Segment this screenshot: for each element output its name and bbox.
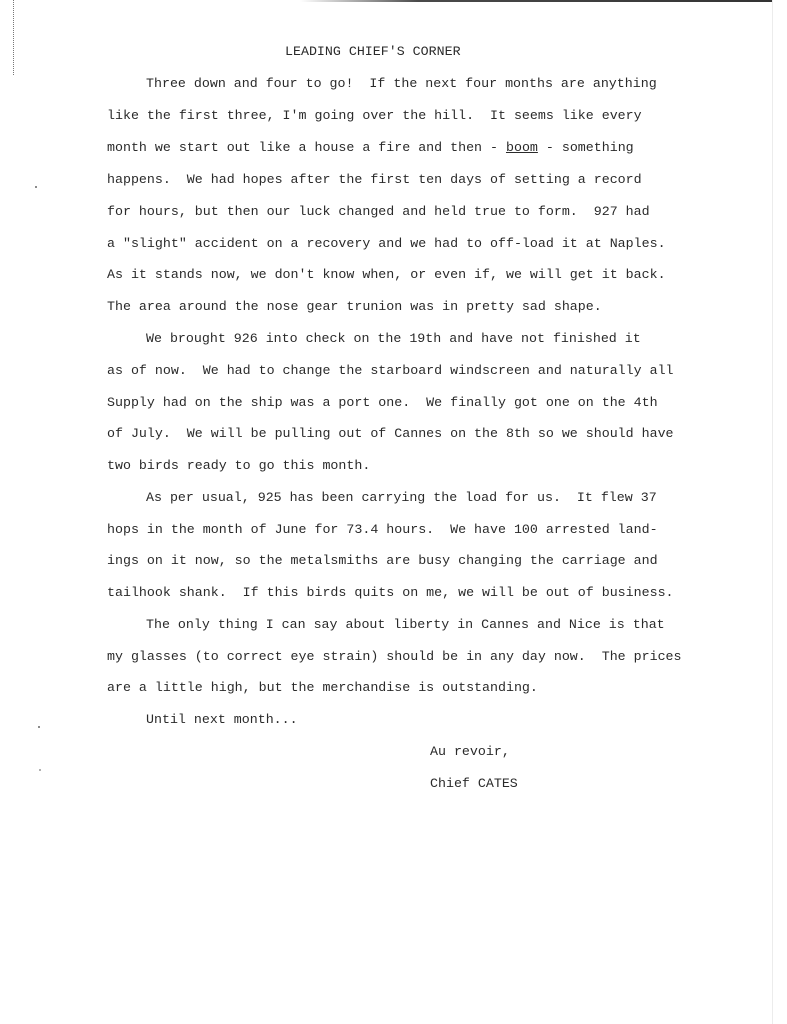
emphasized-word: boom — [506, 140, 538, 155]
binder-marks — [13, 0, 15, 75]
text-line: hops in the month of June for 73.4 hours… — [107, 522, 658, 538]
text-line: for hours, but then our luck changed and… — [107, 204, 650, 220]
closing: Au revoir, — [430, 744, 510, 760]
text-line: my glasses (to correct eye strain) shoul… — [107, 649, 682, 665]
speck — [38, 726, 40, 728]
speck — [39, 769, 41, 771]
text-line: two birds ready to go this month. — [107, 458, 370, 474]
text-line: Until next month... — [146, 712, 298, 728]
text-line: like the first three, I'm going over the… — [107, 108, 642, 124]
document-title: LEADING CHIEF'S CORNER — [285, 44, 461, 59]
text-line: As per usual, 925 has been carrying the … — [146, 490, 657, 506]
text-segment: month we start out like a house a fire a… — [107, 140, 506, 155]
page-edge-right — [772, 0, 773, 1024]
page-edge-top — [300, 0, 772, 2]
signature: Chief CATES — [430, 776, 518, 792]
text-line: The area around the nose gear trunion wa… — [107, 299, 602, 315]
text-line: month we start out like a house a fire a… — [107, 140, 634, 156]
text-line: The only thing I can say about liberty i… — [146, 617, 665, 633]
speck — [35, 186, 37, 188]
text-line: tailhook shank. If this birds quits on m… — [107, 585, 674, 601]
text-line: happens. We had hopes after the first te… — [107, 172, 642, 188]
text-line: as of now. We had to change the starboar… — [107, 363, 674, 379]
text-line: a "slight" accident on a recovery and we… — [107, 236, 666, 252]
text-line: are a little high, but the merchandise i… — [107, 680, 538, 696]
text-line: of July. We will be pulling out of Canne… — [107, 426, 674, 442]
text-line: Supply had on the ship was a port one. W… — [107, 395, 658, 411]
text-line: ings on it now, so the metalsmiths are b… — [107, 553, 658, 569]
text-segment: - something — [538, 140, 634, 155]
text-line: As it stands now, we don't know when, or… — [107, 267, 666, 283]
text-line: Three down and four to go! If the next f… — [146, 76, 657, 92]
text-line: We brought 926 into check on the 19th an… — [146, 331, 641, 347]
